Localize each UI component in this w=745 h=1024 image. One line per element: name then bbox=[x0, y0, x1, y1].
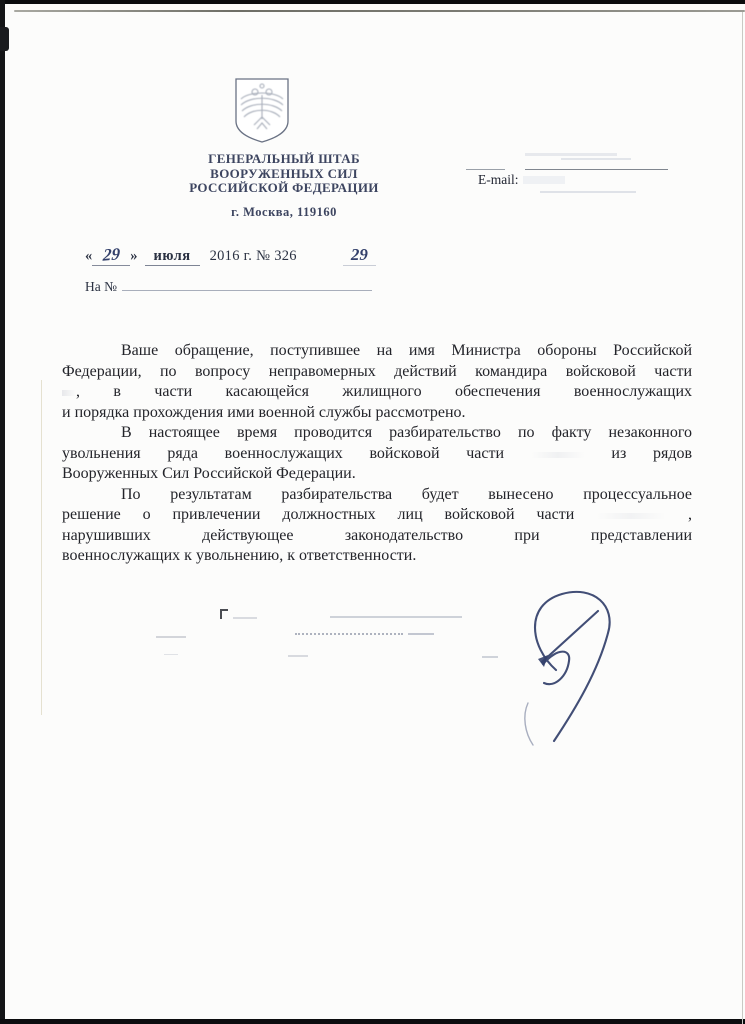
org-address: г. Москва, 119160 bbox=[178, 205, 390, 219]
body-line: В настоящее время проводится разбиратель… bbox=[62, 423, 692, 444]
body-line: решение о привлечении должностных лиц во… bbox=[62, 505, 692, 526]
scan-edge-bottom bbox=[0, 1019, 745, 1024]
handwritten-number-suffix: 29 bbox=[351, 245, 368, 264]
body-line: Федерации, по вопросу неправомерных дейс… bbox=[62, 362, 692, 383]
body-line: увольнения ряда военнослужащих войсковой… bbox=[62, 444, 692, 465]
scan-edge-left bbox=[0, 0, 5, 1024]
redaction-trace bbox=[164, 654, 178, 655]
body-line: нарушивших действующее законодательство … bbox=[62, 526, 692, 547]
paper-fold-line bbox=[41, 380, 42, 715]
redacted-email-smudge bbox=[540, 191, 636, 193]
contact-block: E-mail: bbox=[466, 148, 676, 200]
email-label: E-mail: bbox=[478, 172, 519, 187]
contact-rule-right bbox=[525, 169, 668, 170]
redaction-trace bbox=[295, 633, 403, 635]
letter-body: Ваше обращение, поступившее на имя Минис… bbox=[62, 341, 692, 567]
month-field: июля bbox=[145, 248, 200, 266]
body-line: , в части касающейся жилищного обеспечен… bbox=[62, 382, 692, 403]
redacted-unit-number bbox=[62, 390, 76, 396]
reply-reference-rule bbox=[122, 278, 372, 291]
open-quote: « bbox=[85, 248, 92, 265]
scan-edge-top bbox=[0, 0, 745, 4]
year-and-number: 2016 г. № 326 bbox=[210, 248, 297, 265]
reply-label: На № bbox=[85, 279, 117, 294]
redacted-phone-smudge-2 bbox=[561, 158, 631, 160]
body-line: и порядка прохождения ими военной службы… bbox=[62, 403, 692, 424]
body-line: военнослужащих к увольнению, к ответстве… bbox=[62, 546, 692, 567]
handwritten-signature bbox=[470, 575, 640, 755]
contact-rule-left bbox=[466, 169, 505, 170]
signature-name-block-redacted bbox=[140, 600, 505, 670]
redaction-trace bbox=[330, 616, 462, 618]
org-name-line1: ГЕНЕРАЛЬНЫЙ ШТАБ bbox=[178, 152, 390, 167]
redacted-unit-number bbox=[531, 452, 585, 458]
org-name-line3: РОССИЙСКОЙ ФЕДЕРАЦИИ bbox=[178, 181, 390, 196]
scan-edge-blob bbox=[0, 27, 9, 51]
paper-edge-shadow bbox=[14, 10, 745, 12]
handwritten-day: 29 bbox=[102, 244, 120, 266]
reply-reference-line: На № bbox=[85, 278, 372, 295]
email-row: E-mail: bbox=[478, 172, 565, 188]
redacted-unit-number bbox=[596, 513, 666, 519]
scanned-letter-page: ГЕНЕРАЛЬНЫЙ ШТАБ ВООРУЖЕННЫХ СИЛ РОССИЙС… bbox=[0, 0, 745, 1024]
redaction-trace bbox=[408, 633, 434, 635]
redaction-trace bbox=[156, 636, 186, 638]
handwritten-day-field: 29 bbox=[92, 245, 130, 266]
org-name-line2: ВООРУЖЕННЫХ СИЛ bbox=[178, 167, 390, 182]
body-line: По результатам разбирательства будет вын… bbox=[62, 485, 692, 506]
redaction-trace bbox=[288, 655, 308, 657]
scan-edge-right bbox=[742, 12, 743, 1024]
redaction-trace bbox=[233, 617, 257, 619]
russia-coat-of-arms-icon bbox=[234, 77, 290, 145]
redacted-phone-smudge bbox=[525, 153, 617, 156]
body-line: Ваше обращение, поступившее на имя Минис… bbox=[62, 341, 692, 362]
redacted-email-value bbox=[523, 176, 565, 184]
close-quote: » bbox=[130, 248, 137, 265]
body-line: Вооруженных Сил Российской Федерации. bbox=[62, 464, 692, 485]
redaction-trace bbox=[220, 609, 228, 611]
reference-dateline: « 29 » июля 2016 г. № 326 29 bbox=[85, 245, 376, 265]
handwritten-number-suffix-field: 29 bbox=[343, 245, 376, 266]
letterhead: ГЕНЕРАЛЬНЫЙ ШТАБ ВООРУЖЕННЫХ СИЛ РОССИЙС… bbox=[178, 152, 390, 219]
